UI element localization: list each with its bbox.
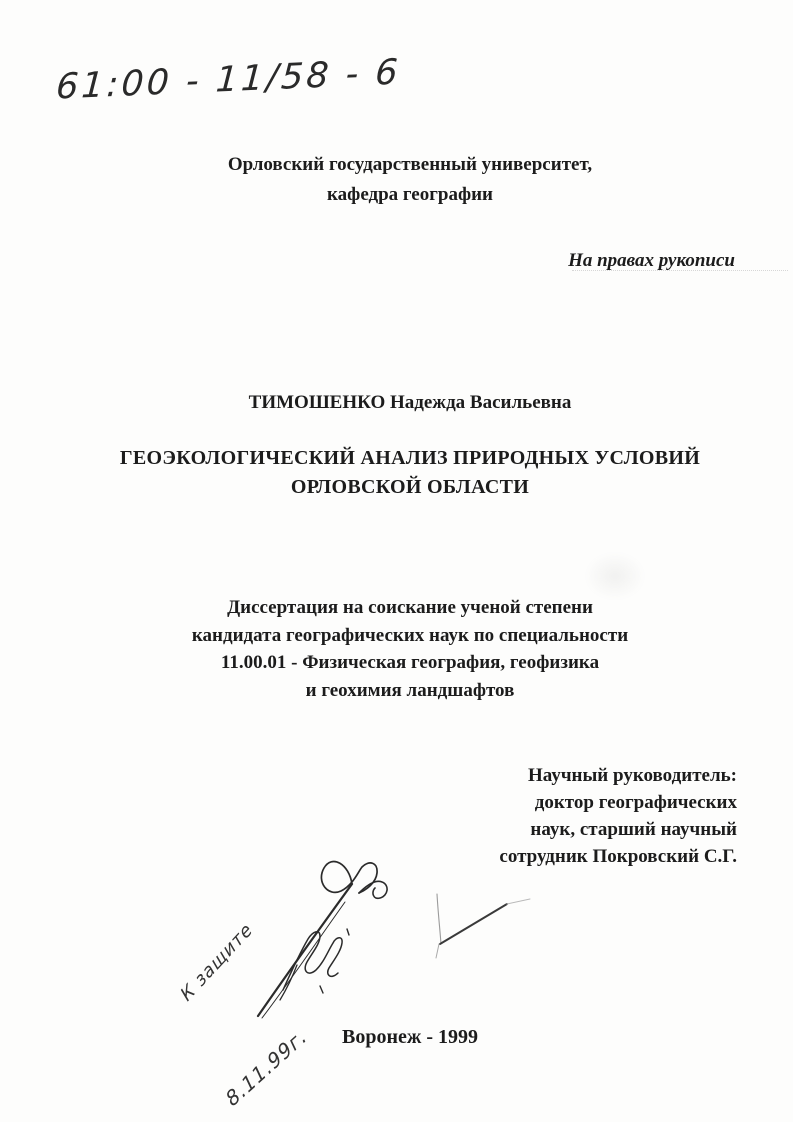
scan-artifact-smudge: [585, 552, 645, 600]
pen-checkmark: [436, 894, 530, 958]
dissertation-description-line: и геохимия ландшафтов: [27, 677, 793, 705]
dissertation-title: ГЕОЭКОЛОГИЧЕСКИЙ АНАЛИЗ ПРИРОДНЫХ УСЛОВИ…: [27, 444, 793, 502]
dissertation-title-page: 61:00 - 11/58 - 6 Орловский государствен…: [0, 0, 793, 1122]
supervisor-line: наук, старший научный: [499, 816, 737, 843]
call-number-handwritten: 61:00 - 11/58 - 6: [55, 52, 402, 107]
dissertation-title-line2: ОРЛОВСКОЙ ОБЛАСТИ: [27, 473, 793, 502]
department-name: кафедра географии: [27, 180, 793, 210]
dissertation-description-line: 11.00.01 - Физическая география, геофизи…: [27, 649, 793, 677]
dissertation-description-line: кандидата географических наук по специал…: [27, 622, 793, 650]
author-name: ТИМОШЕНКО Надежда Васильевна: [27, 392, 793, 414]
city-year: Воронеж - 1999: [27, 1026, 793, 1049]
dissertation-description: Диссертация на соискание ученой степени …: [27, 594, 793, 704]
supervisor-block: Научный руководитель: доктор географичес…: [499, 762, 737, 870]
supervisor-line: Научный руководитель:: [499, 762, 737, 789]
dissertation-title-line1: ГЕОЭКОЛОГИЧЕСКИЙ АНАЛИЗ ПРИРОДНЫХ УСЛОВИ…: [27, 444, 793, 473]
university-header: Орловский государственный университет, к…: [27, 150, 793, 210]
supervisor-line: доктор географических: [499, 789, 737, 816]
university-name: Орловский государственный университет,: [27, 150, 793, 180]
supervisor-line: сотрудник Покровский С.Г.: [499, 843, 737, 870]
handwritten-approval-note: К защите: [177, 919, 257, 1005]
dissertation-description-line: Диссертация на соискание ученой степени: [27, 594, 793, 622]
supervisor-signature: [258, 861, 387, 1018]
manuscript-rights-note: На правах рукописи: [568, 250, 735, 272]
